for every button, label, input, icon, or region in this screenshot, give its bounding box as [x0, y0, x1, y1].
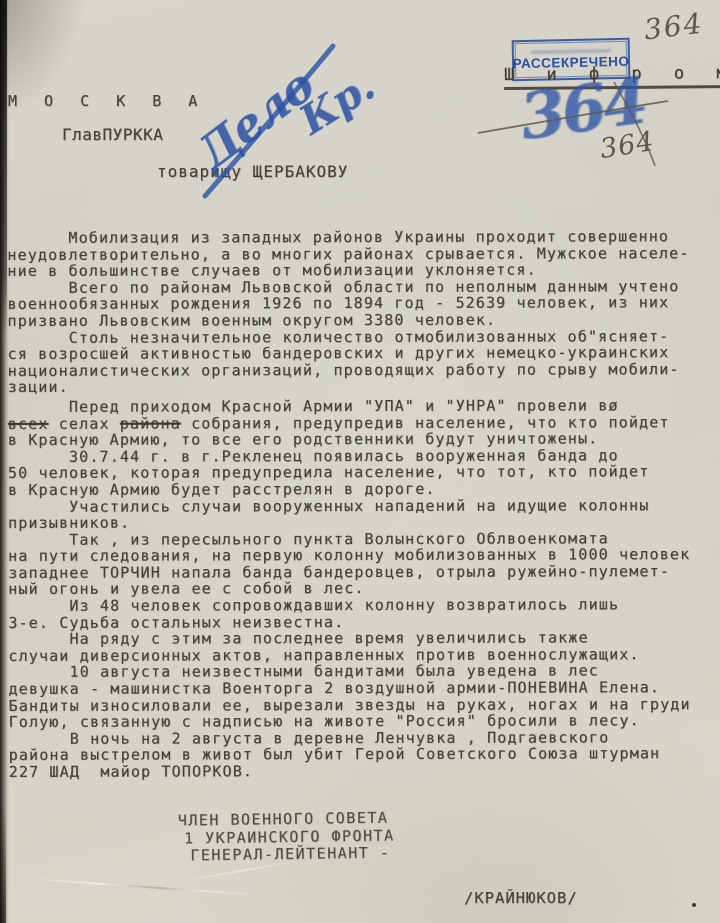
- ink-dot: [692, 903, 696, 907]
- header-organization: ГлавПУРККА: [62, 125, 163, 144]
- text-line: 227 ШАД майор ТОПОРКОВ.: [9, 762, 715, 780]
- paper-crease: [28, 878, 263, 896]
- page-left-edge-shadow-bottom: [0, 803, 6, 923]
- stamp-fine-print: [531, 49, 611, 54]
- text-line: националистических организаций, проводящ…: [8, 361, 714, 379]
- page-left-edge-shadow-top: [0, 0, 7, 340]
- header-city: М О С К В А: [8, 92, 206, 110]
- pencil-page-number-top: 364: [642, 7, 705, 47]
- text-line: Из 48 человек сопровождавших колонну воз…: [8, 596, 714, 614]
- signature-name: /КРАЙНЮКОВ/: [464, 889, 578, 907]
- text-line: Участились случаи вооруженных нападений …: [8, 497, 714, 515]
- text-line: района выстрелом в живот был убит Герой …: [9, 745, 715, 763]
- scanned-document-page: 364 РАССЕКРЕЧЕНО Ш и ф р о м 364 364 М О…: [0, 0, 720, 923]
- handwritten-initials: Кр.: [291, 63, 382, 144]
- signature-block: ЧЛЕН ВОЕННОГО СОВЕТА 1 УКРАИНСКОГО ФРОНТ…: [178, 809, 395, 865]
- document-body-text: Мобилизация из западных районов Украины …: [7, 228, 714, 780]
- signature-line-3: ГЕНЕРАЛ-ЛЕЙТЕНАНТ -: [190, 844, 395, 864]
- text-line: зации.: [8, 377, 714, 395]
- header-addressee: товарищу ЩЕРБАКОВУ: [157, 162, 348, 181]
